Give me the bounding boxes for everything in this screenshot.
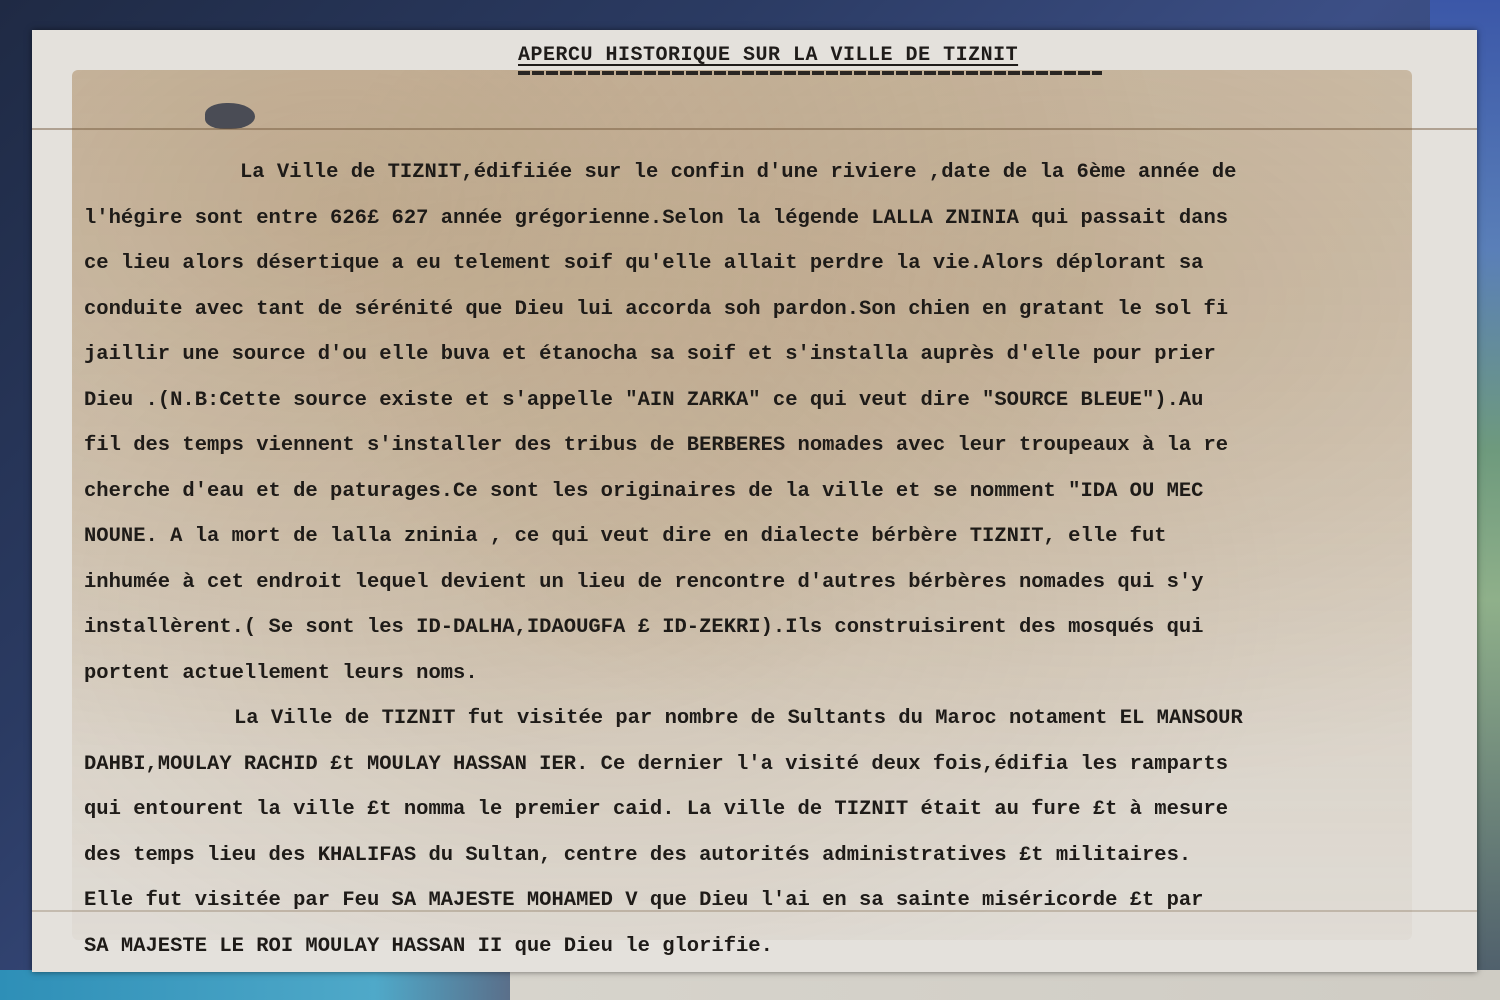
text-line: cherche d'eau et de paturages.Ce sont le…	[84, 477, 1454, 523]
text-line: installèrent.( Se sont les ID-DALHA,IDAO…	[84, 613, 1454, 659]
text-line: Elle fut visitée par Feu SA MAJESTE MOHA…	[84, 886, 1454, 932]
text-line: Dieu .(N.B:Cette source existe et s'appe…	[84, 386, 1454, 432]
text-line: La Ville de TIZNIT,édifiiée sur le confi…	[84, 158, 1454, 204]
text-line: portent actuellement leurs noms.	[84, 659, 1454, 705]
text-line: des temps lieu des KHALIFAS du Sultan, c…	[84, 841, 1454, 887]
paragraph-1: La Ville de TIZNIT,édifiiée sur le confi…	[84, 158, 1454, 704]
text-line: fil des temps viennent s'installer des t…	[84, 431, 1454, 477]
text-line: NOUNE. A la mort de lalla zninia , ce qu…	[84, 522, 1454, 568]
text-line: La Ville de TIZNIT fut visitée par nombr…	[84, 704, 1454, 750]
text-line: conduite avec tant de sérénité que Dieu …	[84, 295, 1454, 341]
text-line: jaillir une source d'ou elle buva et éta…	[84, 340, 1454, 386]
text-line: DAHBI,MOULAY RACHID £t MOULAY HASSAN IER…	[84, 750, 1454, 796]
text-line: ce lieu alors désertique a eu telement s…	[84, 249, 1454, 295]
document-body: La Ville de TIZNIT,édifiiée sur le confi…	[84, 158, 1454, 977]
text-line: inhumée à cet endroit lequel devient un …	[84, 568, 1454, 614]
document-header: APERCU HISTORIQUE SUR LA VILLE DE TIZNIT	[518, 44, 1118, 75]
text-line: l'hégire sont entre 626£ 627 année grégo…	[84, 204, 1454, 250]
title-double-underline	[518, 71, 1102, 75]
document-title: APERCU HISTORIQUE SUR LA VILLE DE TIZNIT	[518, 44, 1118, 67]
text-line: SA MAJESTE LE ROI MOULAY HASSAN II que D…	[84, 932, 1454, 978]
paragraph-2: La Ville de TIZNIT fut visitée par nombr…	[84, 704, 1454, 977]
text-line: qui entourent la ville £t nomma le premi…	[84, 795, 1454, 841]
fold-crease	[32, 128, 1477, 130]
ink-blot	[205, 103, 255, 129]
